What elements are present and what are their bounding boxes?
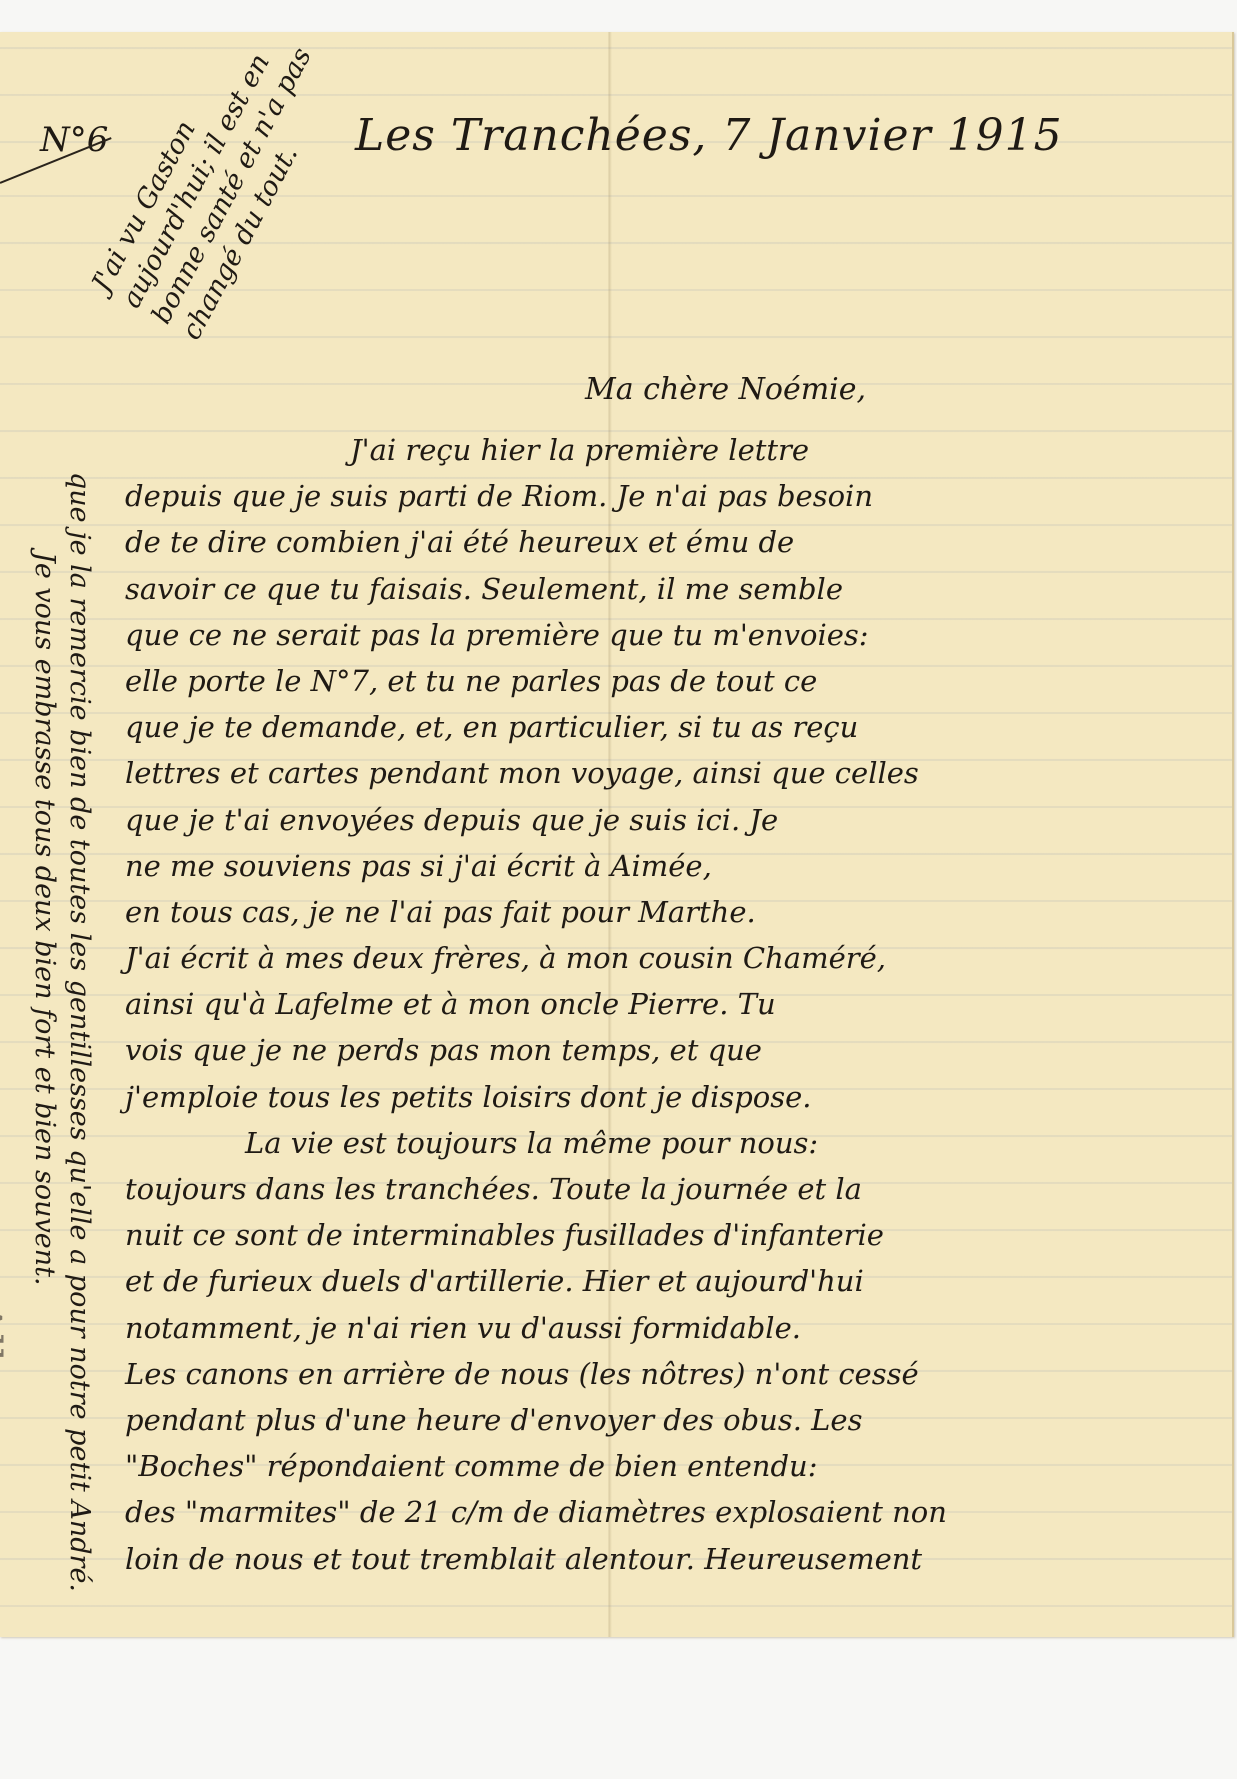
body-line: "Boches" répondaient comme de bien enten… xyxy=(125,1443,1210,1489)
letter-header: Les Tranchées, 7 Janvier 1915 xyxy=(355,110,1063,161)
body-line: des "marmites" de 21 c/m de diamètres ex… xyxy=(125,1489,1210,1535)
body-line: J'ai écrit à mes deux frères, à mon cous… xyxy=(125,935,1210,981)
letter-body: J'ai reçu hier la première lettre depuis… xyxy=(125,427,1210,1582)
body-line: La vie est toujours la même pour nous: xyxy=(125,1120,1210,1166)
margin-note-line: que je la remercie bien de toutes les ge… xyxy=(64,472,95,1592)
body-line: ne me souviens pas si j'ai écrit à Aimée… xyxy=(125,843,1210,889)
body-line: ainsi qu'à Lafelme et à mon oncle Pierre… xyxy=(125,981,1210,1027)
body-line: depuis que je suis parti de Riom. Je n'a… xyxy=(125,473,1210,519)
body-line: vois que je ne perds pas mon temps, et q… xyxy=(125,1027,1210,1073)
signature: Albert xyxy=(0,1302,10,1441)
body-line: savoir ce que tu faisais. Seulement, il … xyxy=(125,566,1210,612)
header-place: Les Tranchées, xyxy=(355,110,707,161)
salutation: Ma chère Noémie, xyxy=(585,372,866,407)
margin-note-line: Je vous embrasse tous deux bien fort et … xyxy=(29,552,60,1286)
body-line: elle porte le N°7, et tu ne parles pas d… xyxy=(125,658,1210,704)
body-line: que je t'ai envoyées depuis que je suis … xyxy=(125,797,1210,843)
body-line: et de furieux duels d'artillerie. Hier e… xyxy=(125,1258,1210,1304)
body-line: nuit ce sont de interminables fusillades… xyxy=(125,1212,1210,1258)
header-date: 7 Janvier 1915 xyxy=(722,110,1062,161)
body-line: pendant plus d'une heure d'envoyer des o… xyxy=(125,1397,1210,1443)
body-line: toujours dans les tranchées. Toute la jo… xyxy=(125,1166,1210,1212)
body-line: J'ai reçu hier la première lettre xyxy=(125,427,1210,473)
body-line: lettres et cartes pendant mon voyage, ai… xyxy=(125,750,1210,796)
body-line: loin de nous et tout tremblait alentour.… xyxy=(125,1536,1210,1582)
body-line: Les canons en arrière de nous (les nôtre… xyxy=(125,1351,1210,1397)
letter-paper: N°6 Les Tranchées, 7 Janvier 1915 J'ai v… xyxy=(0,32,1234,1637)
body-line: notamment, je n'ai rien vu d'aussi formi… xyxy=(125,1305,1210,1351)
diagonal-postscript: J'ai vu Gaston aujourd'hui; il est en bo… xyxy=(85,10,350,346)
body-line: de te dire combien j'ai été heureux et é… xyxy=(125,519,1210,565)
body-line: j'emploie tous les petits loisirs dont j… xyxy=(125,1074,1210,1120)
body-line: que ce ne serait pas la première que tu … xyxy=(125,612,1210,658)
body-line: que je te demande, et, en particulier, s… xyxy=(125,704,1210,750)
body-line: en tous cas, je ne l'ai pas fait pour Ma… xyxy=(125,889,1210,935)
